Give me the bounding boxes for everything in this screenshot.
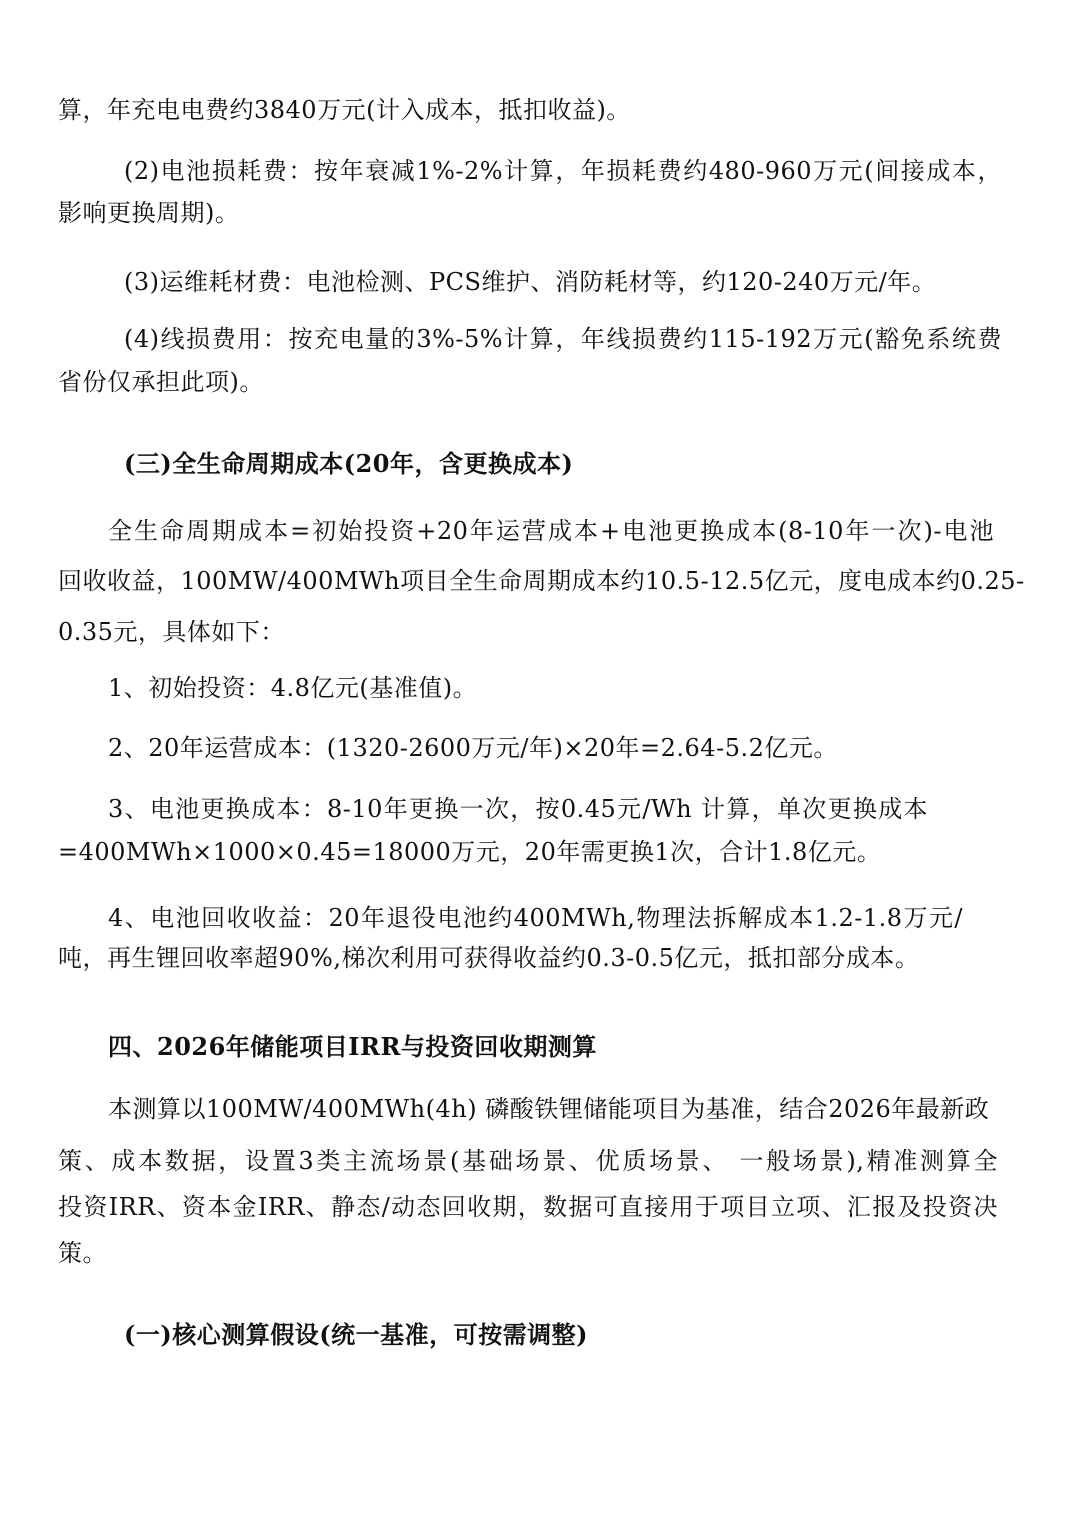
text: (4)线损费用：按充电量的3%-5%计算，年线损费约115-192万元(豁免系统… [124,324,1002,354]
list-item: 吨，再生锂回收率超90%,梯次利用可获得收益约0.3-0.5亿元，抵扣部分成本。 [58,943,919,973]
text: 0.35元，具体如下： [58,618,285,646]
paragraph-line: 策、成本数据，设置3类主流场景(基础场景、优质场景、 一般场景),精准测算全 [58,1146,998,1176]
paragraph-line: 0.35元，具体如下： [58,617,285,647]
text: 省份仅承担此项)。 [58,368,264,396]
text: 回收收益，100MW/400MWh项目全生命周期成本约10.5-12.5亿元，度… [58,566,998,596]
text: 策、成本数据，设置3类主流场景(基础场景、优质场景、 一般场景),精准测算全 [58,1146,998,1176]
paragraph-line: (2)电池损耗费：按年衰减1%-2%计算，年损耗费约480-960万元(间接成本… [124,156,1002,186]
text: 本测算以100MW/400MWh(4h) 磷酸铁锂储能项目为基准，结合2026年… [108,1094,970,1124]
text: 全生命周期成本=初始投资+20年运营成本+电池更换成本(8-10年一次)-电池 [108,516,994,546]
paragraph-line: (4)线损费用：按充电量的3%-5%计算，年线损费约115-192万元(豁免系统… [124,324,1002,354]
text: 投资IRR、资本金IRR、静态/动态回收期，数据可直接用于项目立项、汇报及投资决 [58,1192,998,1222]
list-item: 4、电池回收收益：20年退役电池约400MWh,物理法拆解成本1.2-1.8万元… [108,903,963,933]
paragraph-line: 回收收益，100MW/400MWh项目全生命周期成本约10.5-12.5亿元，度… [58,566,998,596]
text: 1、初始投资：4.8亿元(基准值)。 [108,674,477,702]
text: 2、20年运营成本：(1320-2600万元/年)×20年=2.64-5.2亿元… [108,734,838,762]
heading-text: 四、2026年储能项目IRR与投资回收期测算 [108,1032,597,1061]
text: =400MWh×1000×0.45=18000万元，20年需更换1次，合计1.8… [58,838,881,866]
text: (3)运维耗材费：电池检测、PCS维护、消防耗材等，约120-240万元/年。 [124,268,936,296]
section-heading: (三)全生命周期成本(20年，含更换成本) [124,449,573,479]
text: 吨，再生锂回收率超90%,梯次利用可获得收益约0.3-0.5亿元，抵扣部分成本。 [58,944,919,972]
list-item: 1、初始投资：4.8亿元(基准值)。 [108,673,477,703]
section-heading: (一)核心测算假设(统一基准，可按需调整) [124,1320,588,1350]
paragraph-line: 省份仅承担此项)。 [58,367,264,397]
paragraph-line: 投资IRR、资本金IRR、静态/动态回收期，数据可直接用于项目立项、汇报及投资决 [58,1192,998,1222]
text: 4、电池回收收益：20年退役电池约400MWh,物理法拆解成本1.2-1.8万元… [108,903,963,933]
list-item: =400MWh×1000×0.45=18000万元，20年需更换1次，合计1.8… [58,837,881,867]
paragraph-line: 全生命周期成本=初始投资+20年运营成本+电池更换成本(8-10年一次)-电池 [108,516,994,546]
text: 算，年充电电费约3840万元(计入成本，抵扣收益)。 [58,96,631,124]
list-item: 2、20年运营成本：(1320-2600万元/年)×20年=2.64-5.2亿元… [108,733,838,763]
heading-text: (一)核心测算假设(统一基准，可按需调整) [124,1320,588,1349]
heading-text: (三)全生命周期成本(20年，含更换成本) [124,449,573,478]
text: 3、电池更换成本：8-10年更换一次，按0.45元/Wh 计算，单次更换成本 [108,794,928,824]
paragraph-line: 本测算以100MW/400MWh(4h) 磷酸铁锂储能项目为基准，结合2026年… [108,1094,970,1124]
paragraph-line: 策。 [58,1238,107,1268]
text: 影响更换周期)。 [58,199,239,227]
paragraph-line: (3)运维耗材费：电池检测、PCS维护、消防耗材等，约120-240万元/年。 [124,267,936,297]
paragraph-line: 影响更换周期)。 [58,198,239,228]
text: 策。 [58,1239,107,1267]
text: (2)电池损耗费：按年衰减1%-2%计算，年损耗费约480-960万元(间接成本… [124,156,1002,186]
paragraph-line: 算，年充电电费约3840万元(计入成本，抵扣收益)。 [58,95,631,125]
list-item: 3、电池更换成本：8-10年更换一次，按0.45元/Wh 计算，单次更换成本 [108,794,928,824]
section-heading: 四、2026年储能项目IRR与投资回收期测算 [108,1032,597,1062]
